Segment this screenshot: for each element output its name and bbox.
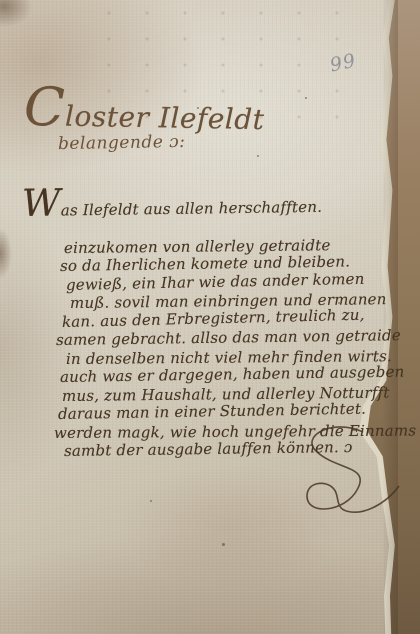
ink-flourish [293, 426, 405, 518]
manuscript-line: Was Ilefeldt aus allen herschafften. [22, 198, 322, 220]
folio-number: 99 [328, 50, 358, 77]
paper-speck [257, 155, 259, 157]
paper-speck [150, 500, 152, 502]
manuscript-photo: 99 Closter Ilefeldt belangende ɔ: Was Il… [0, 0, 420, 634]
paper-speck [222, 543, 225, 546]
paper-speck [305, 97, 307, 99]
manuscript-line: samen gebracht. allso das man von getrai… [56, 326, 401, 349]
manuscript-subtitle: belangende ɔ: [58, 132, 186, 154]
